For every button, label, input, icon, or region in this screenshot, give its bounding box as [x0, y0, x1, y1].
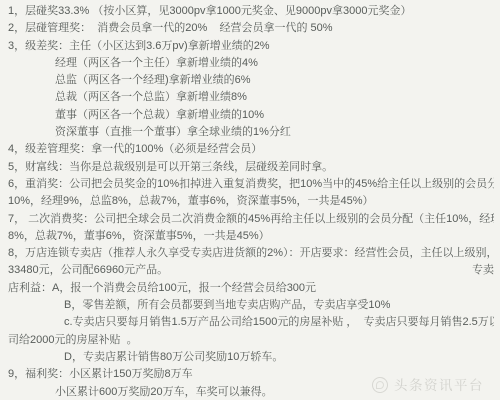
document-body: 1，层碰奖33.3% （按小区算，见3000pv拿1000元奖金、见9000pv…	[8, 3, 494, 400]
text-line: 经理（两区各一个主任）拿新增业绩的4%	[8, 55, 494, 72]
text-line: 10%，经理9%，总监8%，总裁7%，董事6%，资深董事5%，一共是45%）	[8, 193, 494, 210]
text-line: 8，万店连锁专卖店（推荐人永久享受专卖店进货额的2%）：开店要求：经营性会员，主…	[8, 245, 494, 262]
text-line: 7， 二次消费奖：公司把全球会员二次消费金额的45%再给主任以上级别的会员分配（…	[8, 211, 494, 228]
text-line: 资深董事（直推一个董事）拿全球业绩的1%分红	[8, 124, 494, 141]
text-line: 总监（两区各一个经理)拿新增业绩的6%	[8, 72, 494, 89]
text-line: 4，级差管理奖：拿一代的100%（必须是经营会员）	[8, 141, 494, 158]
text-line: 33480元，公司配66960元产品。专卖	[8, 262, 494, 279]
text-segment-right: 专卖	[472, 262, 494, 279]
text-line: 董事（两区各一个总裁）拿新增业绩的10%	[8, 107, 494, 124]
document-page: 1，层碰奖33.3% （按小区算，见3000pv拿1000元奖金、见9000pv…	[0, 0, 500, 400]
text-line: 9，福利奖：小区累计150万奖励8万车	[8, 366, 494, 383]
text-line: 司给2000元的房屋补贴 。	[8, 332, 494, 349]
text-line: 8%，总裁7%，董事6%，资深董事5%，一共是45%）	[8, 228, 494, 245]
text-line: c.专卖店只要每月销售1.5万产品公司给1500元的房屋补贴 ， 专卖店只要每月…	[8, 314, 494, 331]
text-line: 1，层碰奖33.3% （按小区算，见3000pv拿1000元奖金、见9000pv…	[8, 3, 494, 20]
text-line: 小区累计600万奖励20万车，车奖可以兼得。	[8, 384, 494, 400]
text-segment-left: 33480元，公司配66960元产品。	[8, 262, 168, 279]
text-line: 5，财富线：当你是总裁级别是可以开第三条线，层碰级差同时拿。	[8, 159, 494, 176]
text-line: B，零售差额，所有会员都要到当地专卖店购产品，专卖店享受10%	[8, 297, 494, 314]
text-line: D，专卖店累计销售80万公司奖励10万轿车。	[8, 349, 494, 366]
text-line: 6，重消奖：公司把会员奖金的10%扣掉进入重复消费奖，把10%当中的45%给主任…	[8, 176, 494, 193]
text-line: 总裁（两区各一个总监）拿新增业绩8%	[8, 89, 494, 106]
text-line: 2，层碰管理奖： 消费会员拿一代的20% 经营会员拿一代的 50%	[8, 20, 494, 37]
text-line: 3，级差奖：主任（小区达到3.6万pv)拿新增业绩的2%	[8, 38, 494, 55]
text-line: 店利益：A，报一个消费会员给100元，报一个经营会员给300元	[8, 280, 494, 297]
